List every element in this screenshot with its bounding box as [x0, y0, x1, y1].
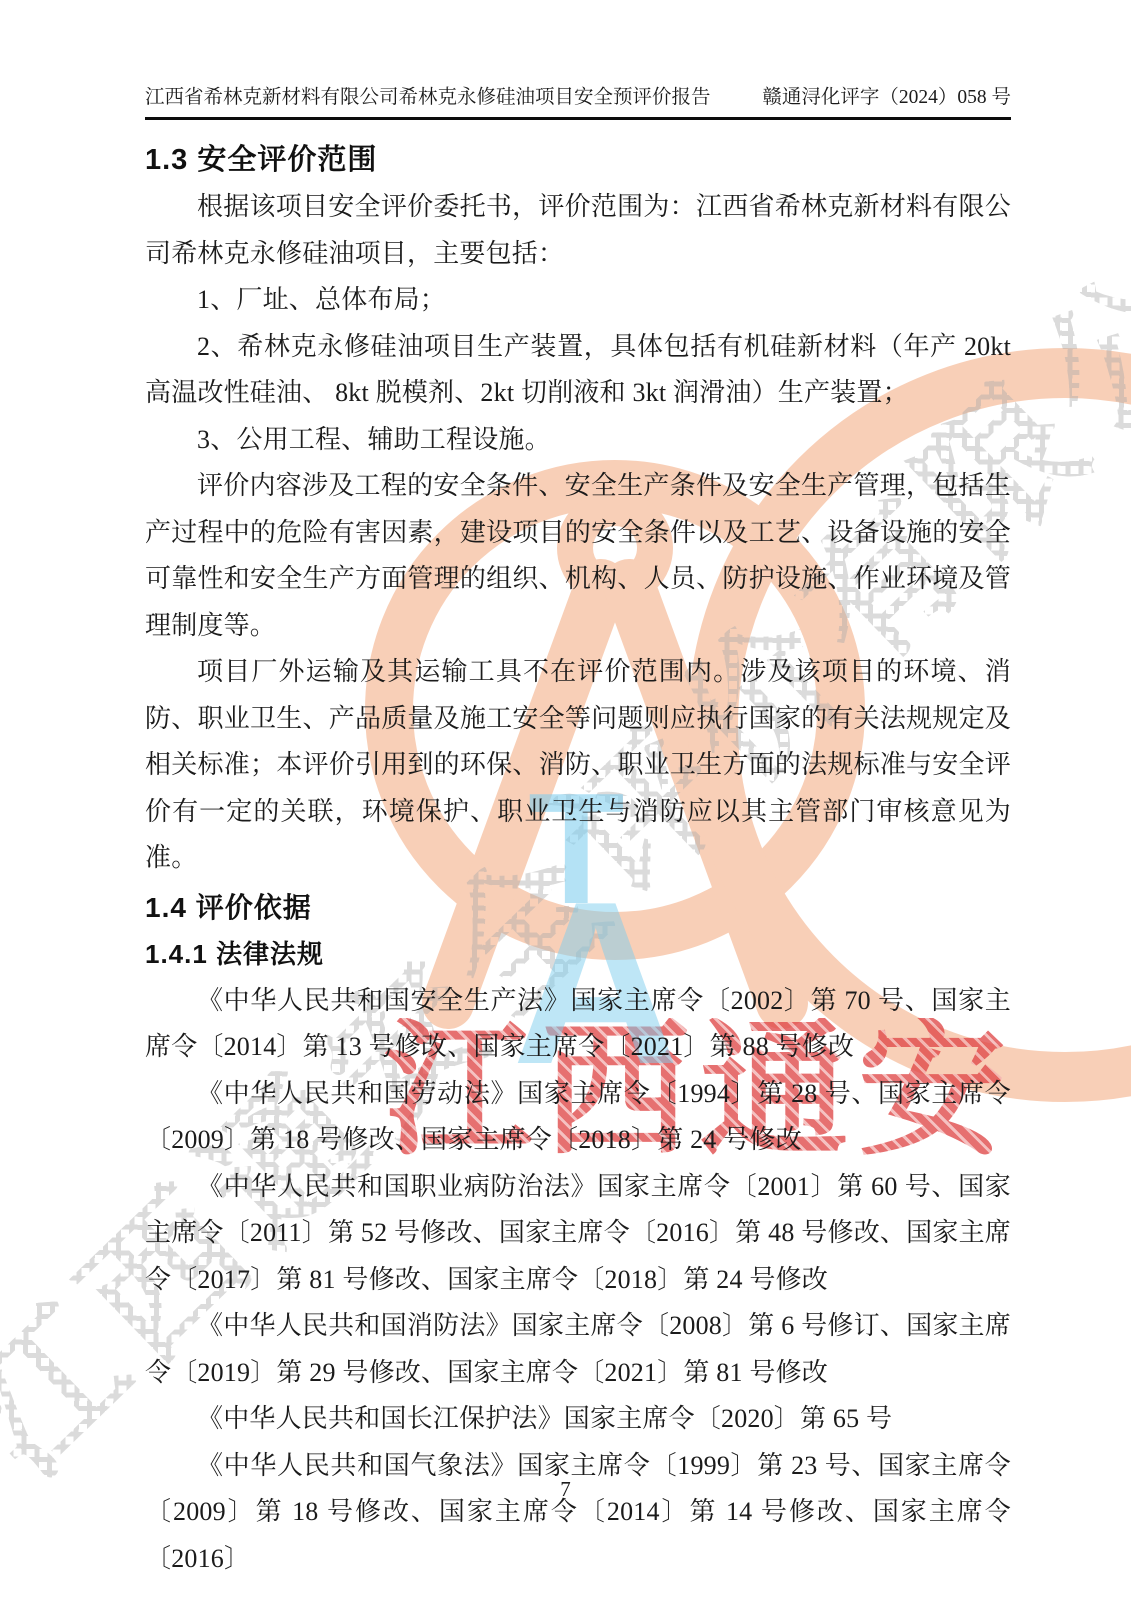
- law-item-fire-protection-law: 《中华人民共和国消防法》国家主席令〔2008〕第 6 号修订、国家主席令〔201…: [145, 1303, 1011, 1396]
- document-body: 1.3 安全评价范围 根据该项目安全评价委托书，评价范围为：江西省希林克新材料有…: [145, 122, 1011, 1582]
- subsection-heading-1-4-1: 1.4.1 法律法规: [145, 931, 1011, 978]
- page-number: 7: [0, 1476, 1131, 1502]
- law-item-meteorology-law: 《中华人民共和国气象法》国家主席令〔1999〕第 23 号、国家主席令〔2009…: [145, 1443, 1011, 1583]
- law-item-labor-law: 《中华人民共和国劳动法》国家主席令〔1994〕第 28 号、国家主席令〔2009…: [145, 1071, 1011, 1164]
- paragraph-evaluation-content: 评价内容涉及工程的安全条件、安全生产条件及安全生产管理，包括生产过程中的危险有害…: [145, 463, 1011, 649]
- section-heading-1-3: 1.3 安全评价范围: [145, 136, 1011, 184]
- page-header: 江西省希林克新材料有限公司希林克永修硅油项目安全预评价报告 赣通浔化评字（202…: [145, 86, 1011, 120]
- law-item-work-safety-law: 《中华人民共和国安全生产法》国家主席令〔2002〕第 70 号、国家主席令〔20…: [145, 978, 1011, 1071]
- header-document-number: 赣通浔化评字（2024）058 号: [762, 86, 1011, 110]
- law-item-yangtze-protection-law: 《中华人民共和国长江保护法》国家主席令〔2020〕第 65 号: [145, 1396, 1011, 1443]
- paragraph-exclusions: 项目厂外运输及其运输工具不在评价范围内。涉及该项目的环境、消防、职业卫生、产品质…: [145, 649, 1011, 882]
- law-item-occupational-disease-law: 《中华人民共和国职业病防治法》国家主席令〔2001〕第 60 号、国家主席令〔2…: [145, 1164, 1011, 1304]
- list-item-utilities: 3、公用工程、辅助工程设施。: [145, 417, 1011, 464]
- header-report-title: 江西省希林克新材料有限公司希林克永修硅油项目安全预评价报告: [145, 86, 711, 110]
- list-item-production-units: 2、希林克永修硅油项目生产装置，具体包括有机硅新材料（年产 20kt 高温改性硅…: [145, 324, 1011, 417]
- list-item-site-layout: 1、厂址、总体布局；: [145, 277, 1011, 324]
- section-heading-1-4: 1.4 评价依据: [145, 885, 1011, 932]
- paragraph-scope-intro: 根据该项目安全评价委托书，评价范围为：江西省希林克新材料有限公司希林克永修硅油项…: [145, 184, 1011, 277]
- document-page: 江西通安全评价有限公司 T A 江西通安 江西省希林克新材料有限公司希林克永修硅…: [0, 0, 1131, 1600]
